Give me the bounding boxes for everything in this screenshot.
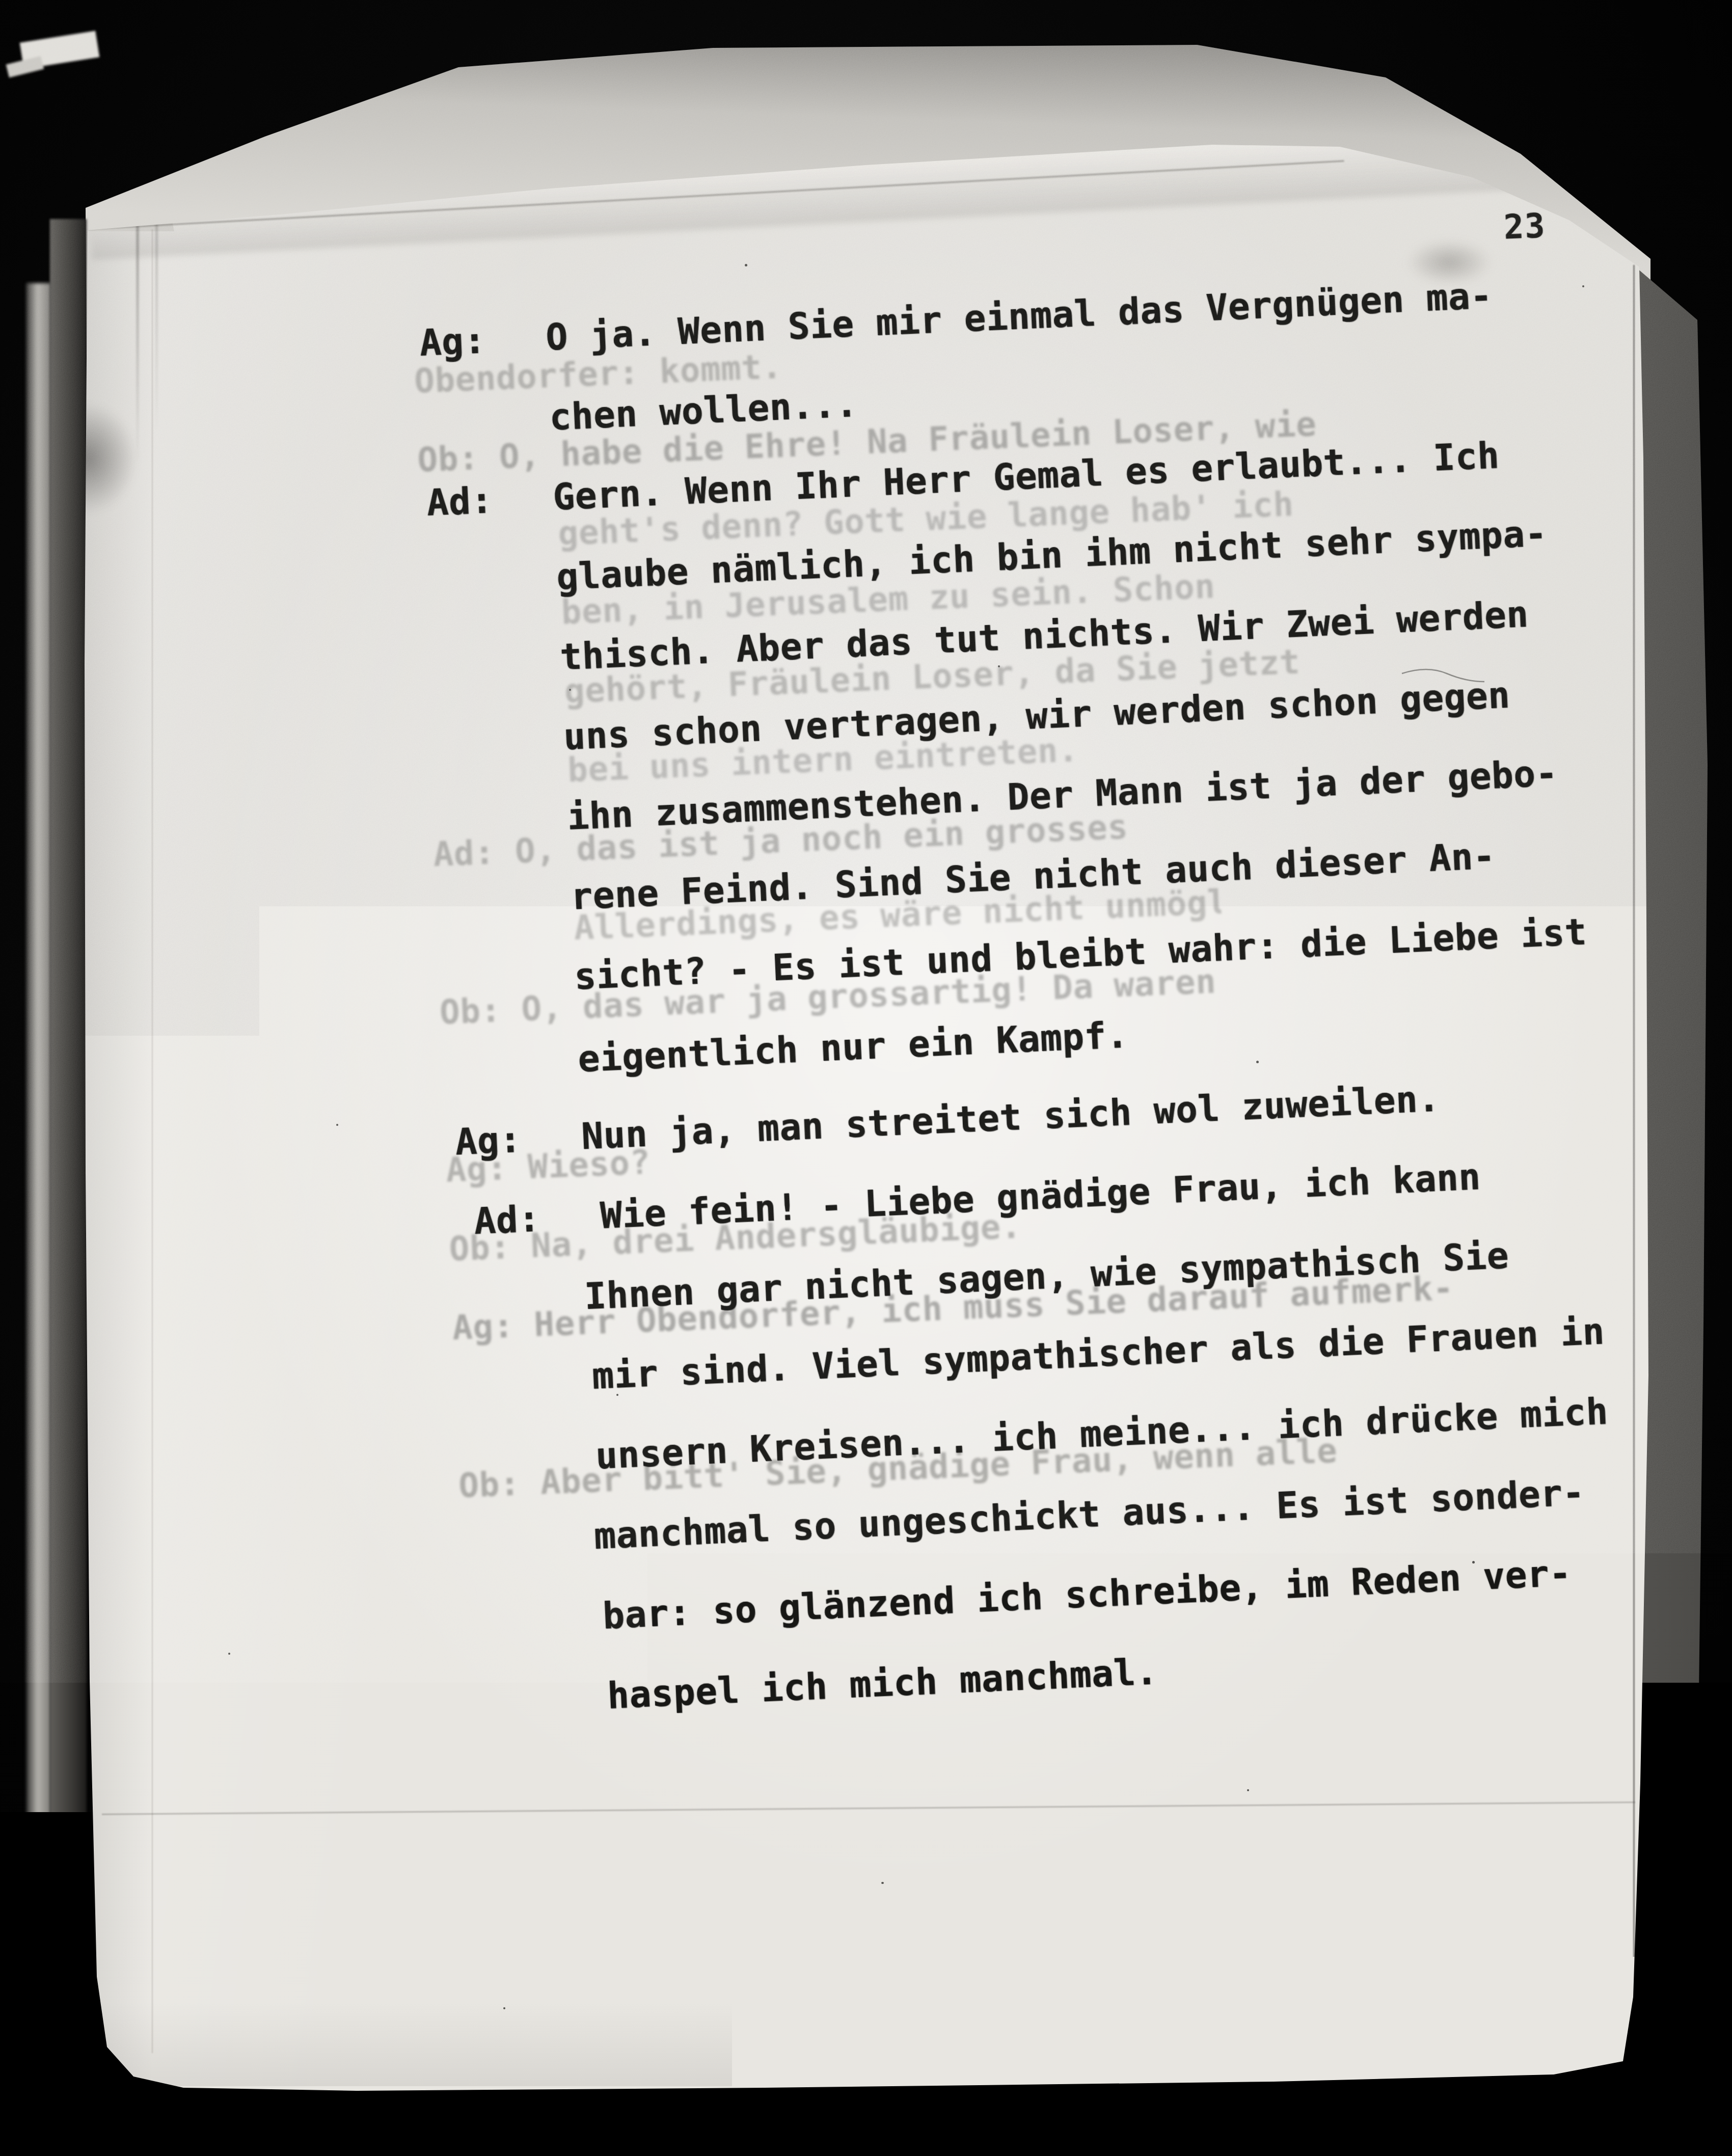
backing-sheet-left-edge [26, 283, 51, 1980]
dialogue-text: haspel ich mich manchmal. [606, 1650, 1158, 1717]
dust-speck [745, 264, 747, 266]
dust-speck [228, 1653, 230, 1655]
speaker-label: Ag: [418, 300, 488, 383]
dust-speck [881, 1882, 884, 1884]
speaker-label: Ad: [472, 1178, 542, 1261]
paper-sheet: Obendorfer: kommt. Ob: O, habe die Ehre!… [0, 0, 1732, 2156]
left-edge-line [152, 229, 153, 2053]
scanned-typescript-page: Obendorfer: kommt. Ob: O, habe die Ehre!… [0, 0, 1732, 2156]
dust-speck [336, 1124, 338, 1126]
page-number: 23 [1503, 207, 1546, 247]
dialogue-text: chen wollen... [549, 383, 859, 439]
speaker-label: Ag: [453, 1099, 523, 1182]
dust-speck [1247, 1789, 1249, 1791]
dialogue-text-block: Ag:O ja. Wenn Sie mir einmal das Vergnüg… [544, 247, 1732, 1736]
vertical-crease [156, 219, 157, 433]
dust-speck [503, 2007, 505, 2009]
speaker-label: Ad: [425, 460, 495, 543]
backing-sheet-left-shadow [50, 219, 87, 2073]
dialogue-text: eigentlich nur ein Kampf. [577, 1013, 1129, 1080]
